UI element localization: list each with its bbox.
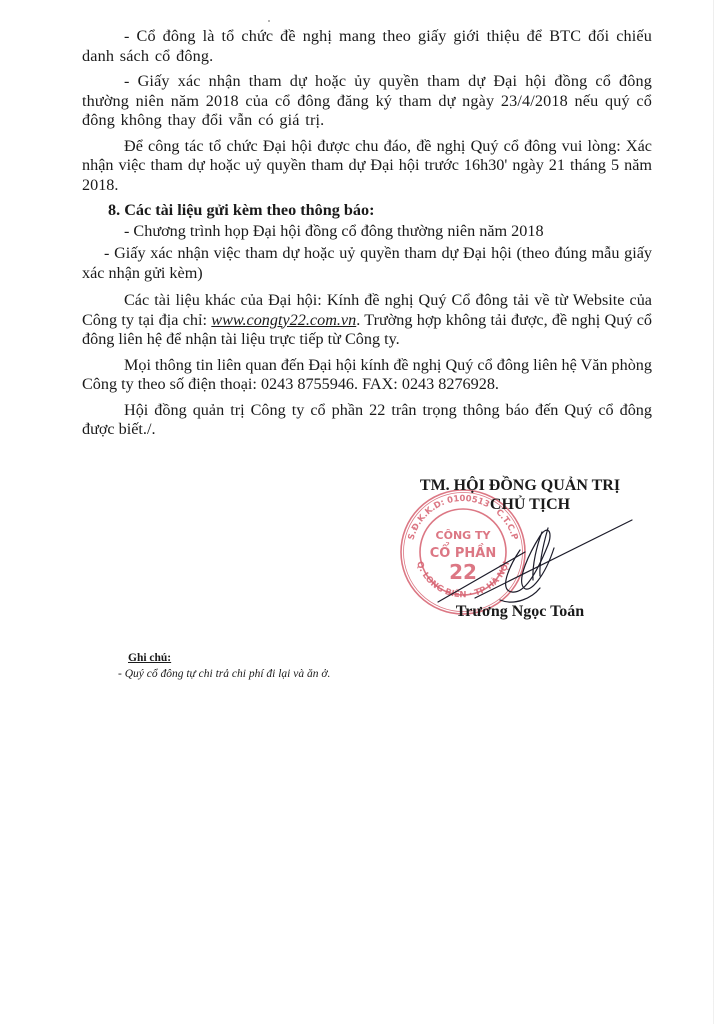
paragraph-other-documents: Các tài liệu khác của Đại hội: Kính đề n… — [82, 291, 652, 350]
section-8-heading: 8. Các tài liệu gửi kèm theo thông báo: — [82, 201, 652, 221]
attachment-item-confirmation-form: - Giấy xác nhận việc tham dự hoặc uỷ quy… — [82, 244, 652, 283]
document-body: - Cổ đông là tổ chức đề nghị mang theo g… — [82, 27, 652, 446]
scan-edge-line — [713, 0, 714, 1024]
signature-title-board: TM. HỘI ĐỒNG QUẢN TRỊ — [380, 476, 660, 495]
scan-speck — [268, 20, 270, 22]
paragraph-closing: Hội đồng quản trị Công ty cổ phần 22 trâ… — [82, 401, 652, 440]
paragraph-organization-shareholder: - Cổ đông là tổ chức đề nghị mang theo g… — [82, 27, 652, 66]
attachment-item-agenda: - Chương trình họp Đại hội đồng cổ đông … — [82, 222, 652, 242]
footnote-item: - Quý cổ đông tự chi trả chi phí đi lại … — [118, 666, 330, 682]
website-link[interactable]: www.congty22.com.vn — [211, 311, 356, 329]
handwritten-signature — [420, 510, 635, 610]
paragraph-confirmation-validity: - Giấy xác nhận tham dự hoặc ủy quyền th… — [82, 72, 652, 131]
document-page: - Cổ đông là tổ chức đề nghị mang theo g… — [0, 0, 724, 1024]
paragraph-contact-info: Mọi thông tin liên quan đến Đại hội kính… — [82, 356, 652, 395]
signature-block: TM. HỘI ĐỒNG QUẢN TRỊ CHỦ TỊCH — [380, 476, 660, 514]
footnote-title: Ghi chú: — [128, 650, 330, 666]
footnote: Ghi chú: - Quý cổ đông tự chi trả chi ph… — [128, 650, 330, 682]
paragraph-confirm-deadline: Để công tác tổ chức Đại hội được chu đáo… — [82, 137, 652, 196]
